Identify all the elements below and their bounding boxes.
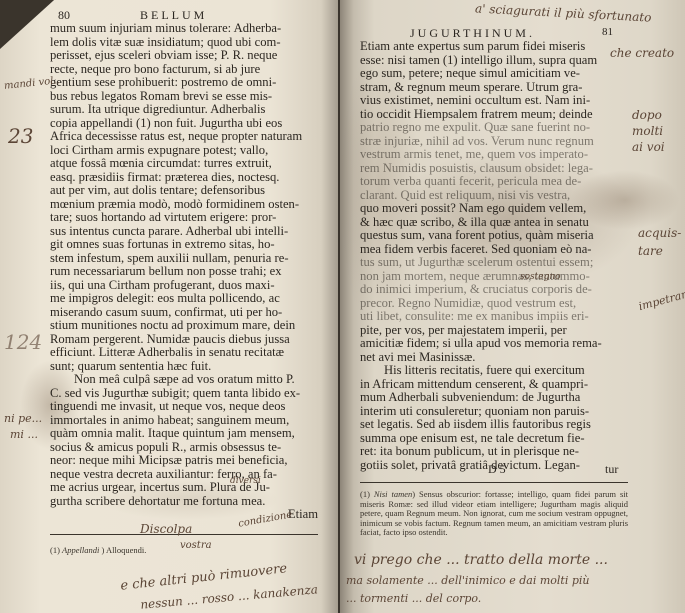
footnote-gloss: Alloquendi.	[106, 545, 146, 555]
text-line: immortales in animo habeat; sanguinem me…	[50, 414, 318, 428]
footnote: (1) Nisi tamen) Sensus obscurior: fortas…	[360, 490, 628, 538]
text-line: set legatis. Sed ab iisdem illis fautori…	[360, 418, 628, 432]
text-line: gentium sese prohibuerit: postremo de om…	[50, 76, 318, 90]
text-line: mum Adherbali subveniendum: de Jugurtha	[360, 391, 628, 405]
text-line: Non meâ culpâ sæpe ad vos oratum mitto P…	[50, 373, 318, 387]
text-line: Africa decessisse ratus est, neque propt…	[50, 130, 318, 144]
text-line: me acrius urgear, incertus sum. Plura de…	[50, 481, 318, 495]
footnote-marker: (1)	[50, 545, 60, 555]
text-line: miserando casum suum, confirmat, uti per…	[50, 306, 318, 320]
text-line: quo moveri possit? Nam ego quidem vellem…	[360, 202, 628, 216]
text-line: ret: ita bonum publicum, ut in plerisque…	[360, 445, 628, 459]
handwritten-note: molti	[632, 124, 663, 138]
handwritten-note: 23	[8, 124, 33, 148]
text-line: C. sed vis Jugurthæ subigit; quem tanta …	[50, 387, 318, 401]
text-line: bus rebus legatos Romam brevi se esse mi…	[50, 90, 318, 104]
text-line: iis, qui una Cirtham profugerant, duos m…	[50, 279, 318, 293]
text-line: Etiam ante expertus sum parum fidei mise…	[360, 40, 628, 54]
text-line: me impigros delegit: eos multa pollicend…	[50, 292, 318, 306]
text-line: do inimici imperium, & cruciatus corpori…	[360, 283, 628, 297]
text-line: mea fidem verbis faceret. Sed quoniam eò…	[360, 243, 628, 257]
body-text: Etiam ante expertus sum parum fidei mise…	[360, 40, 628, 472]
text-line: mum suum injuriam minus tolerare: Adherb…	[50, 22, 318, 36]
text-line: quàm omnia malit. Itaque quintum jam men…	[50, 427, 318, 441]
text-line: tinguendi me invasit, ut neque vos, nequ…	[50, 400, 318, 414]
text-line: gurtha scribere dehortatur me fortuna me…	[50, 495, 318, 509]
text-line: vestrum armis tenet, me, quem vos impera…	[360, 148, 628, 162]
text-line: tare; suos hortando ad virtutem erigere:…	[50, 211, 318, 225]
text-line: patrio regno me expulit. Quæ sane fuerin…	[360, 121, 628, 135]
text-line: summa ope enisum est, ne tale decretum f…	[360, 432, 628, 446]
handwritten-note: sostegno	[520, 272, 561, 282]
footnote-marker: (1)	[360, 489, 370, 499]
handwritten-note: 124	[4, 330, 42, 354]
text-line: neor: neque mihi Micipsæ patris mei bene…	[50, 454, 318, 468]
handwritten-note: mi ...	[10, 428, 38, 441]
text-line: aut per vim, aut dolis tentare; defensor…	[50, 184, 318, 198]
text-line: stram, & regnum meum sperare. Utrum gra-	[360, 81, 628, 95]
text-line: sus intentus cuncta parare. Adherbal ubi…	[50, 225, 318, 239]
text-line: surum. Ita utrique digrediuntur. Adherba…	[50, 103, 318, 117]
text-line: easq. præsidiis firmat: præterea dies, n…	[50, 171, 318, 185]
handwritten-note: impetrar	[637, 288, 685, 313]
page-number: 81	[602, 26, 613, 38]
handwritten-note: dopo	[632, 108, 662, 122]
text-line: interim uti consuleretur; quoniam non pa…	[360, 405, 628, 419]
text-line: stium munitiones noctu ad proximum mare,…	[50, 319, 318, 333]
text-line: mœnium præmia modò, modò formidinem oste…	[50, 198, 318, 212]
footnote-term: Nisi tamen	[374, 489, 412, 499]
text-line: non jam mortem, neque ærumnas, tantummo-	[360, 270, 628, 284]
text-line: atque fossâ mœnia circumdat: turres extr…	[50, 157, 318, 171]
text-line: loci Cirtham armis expugnare potest; val…	[50, 144, 318, 158]
text-line: perisset, ejus sceleri obviam isse; P. R…	[50, 49, 318, 63]
text-line: vius existimet, nemini occultum est. Nam…	[360, 94, 628, 108]
text-line: neque vestra decreta auxiliantur: ferro,…	[50, 468, 318, 482]
handwritten-note: diversi	[230, 476, 261, 486]
text-line: lem dolis vitæ suæ insidiatum; quod ubi …	[50, 36, 318, 50]
text-line: esse: nisi tamen (1) intelligo illum, su…	[360, 54, 628, 68]
text-line: copia appellandi (1) non fuit. Jugurtha …	[50, 117, 318, 131]
text-line: git omnes suas fortunas in extremo sitas…	[50, 238, 318, 252]
text-line: in Africam mittendum censerent, & quampr…	[360, 378, 628, 392]
book-spread: 80 BELLUM mum suum injuriam minus tolera…	[0, 0, 685, 613]
handwritten-note: che creato	[610, 46, 674, 60]
text-line: & hæc quæ scribo, & illa quæ antea in se…	[360, 216, 628, 230]
text-line: His litteris recitatis, fuere qui exerci…	[360, 364, 628, 378]
text-line: torum verba quanti fecerit, pericula mea…	[360, 175, 628, 189]
handwritten-note: ni pe...	[4, 412, 42, 425]
handwritten-note: vi prego che ... tratto della morte ...	[354, 552, 608, 568]
text-line: ego sum, petere; neque simul amicitiam v…	[360, 67, 628, 81]
catchword: tur	[605, 462, 618, 477]
handwritten-note: Discolpa	[140, 522, 192, 536]
text-line: efficiunt. Litteræ Adherbalis in senatu …	[50, 346, 318, 360]
text-line: rem Numidis posuistis, clausum obsidet: …	[360, 162, 628, 176]
text-line: Romam pergerent. Numidæ paucis diebus ju…	[50, 333, 318, 347]
handwritten-note: ai voi	[632, 140, 665, 154]
footnote-rule	[360, 482, 628, 483]
text-line: tus sum, ut Jugurthæ scelerum ostentui e…	[360, 256, 628, 270]
handwritten-note: tare	[638, 244, 663, 258]
right-page: JUGURTHINUM. 81 Etiam ante expertus sum …	[340, 0, 685, 613]
text-line: questus sum, vana forent potius, quàm mi…	[360, 229, 628, 243]
text-line: clarant. Quid est reliquum, nisi vis ves…	[360, 189, 628, 203]
left-page: 80 BELLUM mum suum injuriam minus tolera…	[0, 0, 338, 613]
text-line: rum necessariarum bellum non posse trahi…	[50, 265, 318, 279]
text-line: uti libet, consulite: me ex manibus impi…	[360, 310, 628, 324]
handwritten-note: acquis-	[638, 226, 681, 240]
text-line: amicitiæ fidem; si ulla apud vos memoria…	[360, 337, 628, 351]
text-line: pite, per vos, per majestatem imperii, p…	[360, 324, 628, 338]
text-line: tio occidit Hiempsalem fratrem meum; dei…	[360, 108, 628, 122]
text-line: net avi mei Masinissæ.	[360, 351, 628, 365]
handwritten-note: vostra	[180, 540, 212, 551]
text-line: socius & amicus populi R., armis obsessu…	[50, 441, 318, 455]
text-line: recte, neque pro bono facturum, si ab ju…	[50, 63, 318, 77]
handwritten-note: ma solamente ... dell'inimico e dai molt…	[346, 574, 590, 587]
signature-mark: D 5	[488, 462, 506, 477]
handwritten-note: a' sciagurati il più sfortunato	[475, 1, 652, 24]
text-line: stem infestum, spem auxilii nullam, penu…	[50, 252, 318, 266]
body-text: mum suum injuriam minus tolerare: Adherb…	[50, 22, 318, 522]
text-line: precor. Regno Numidiæ, quod vestrum est,	[360, 297, 628, 311]
footnote-term: Appellandi	[62, 545, 99, 555]
handwritten-note: ... tormenti ... del corpo.	[346, 592, 481, 605]
text-line: stræ injuriæ, nihil ad vos. Verum nunc r…	[360, 135, 628, 149]
text-line: sunt; quarum sententia hæc fuit.	[50, 360, 318, 374]
